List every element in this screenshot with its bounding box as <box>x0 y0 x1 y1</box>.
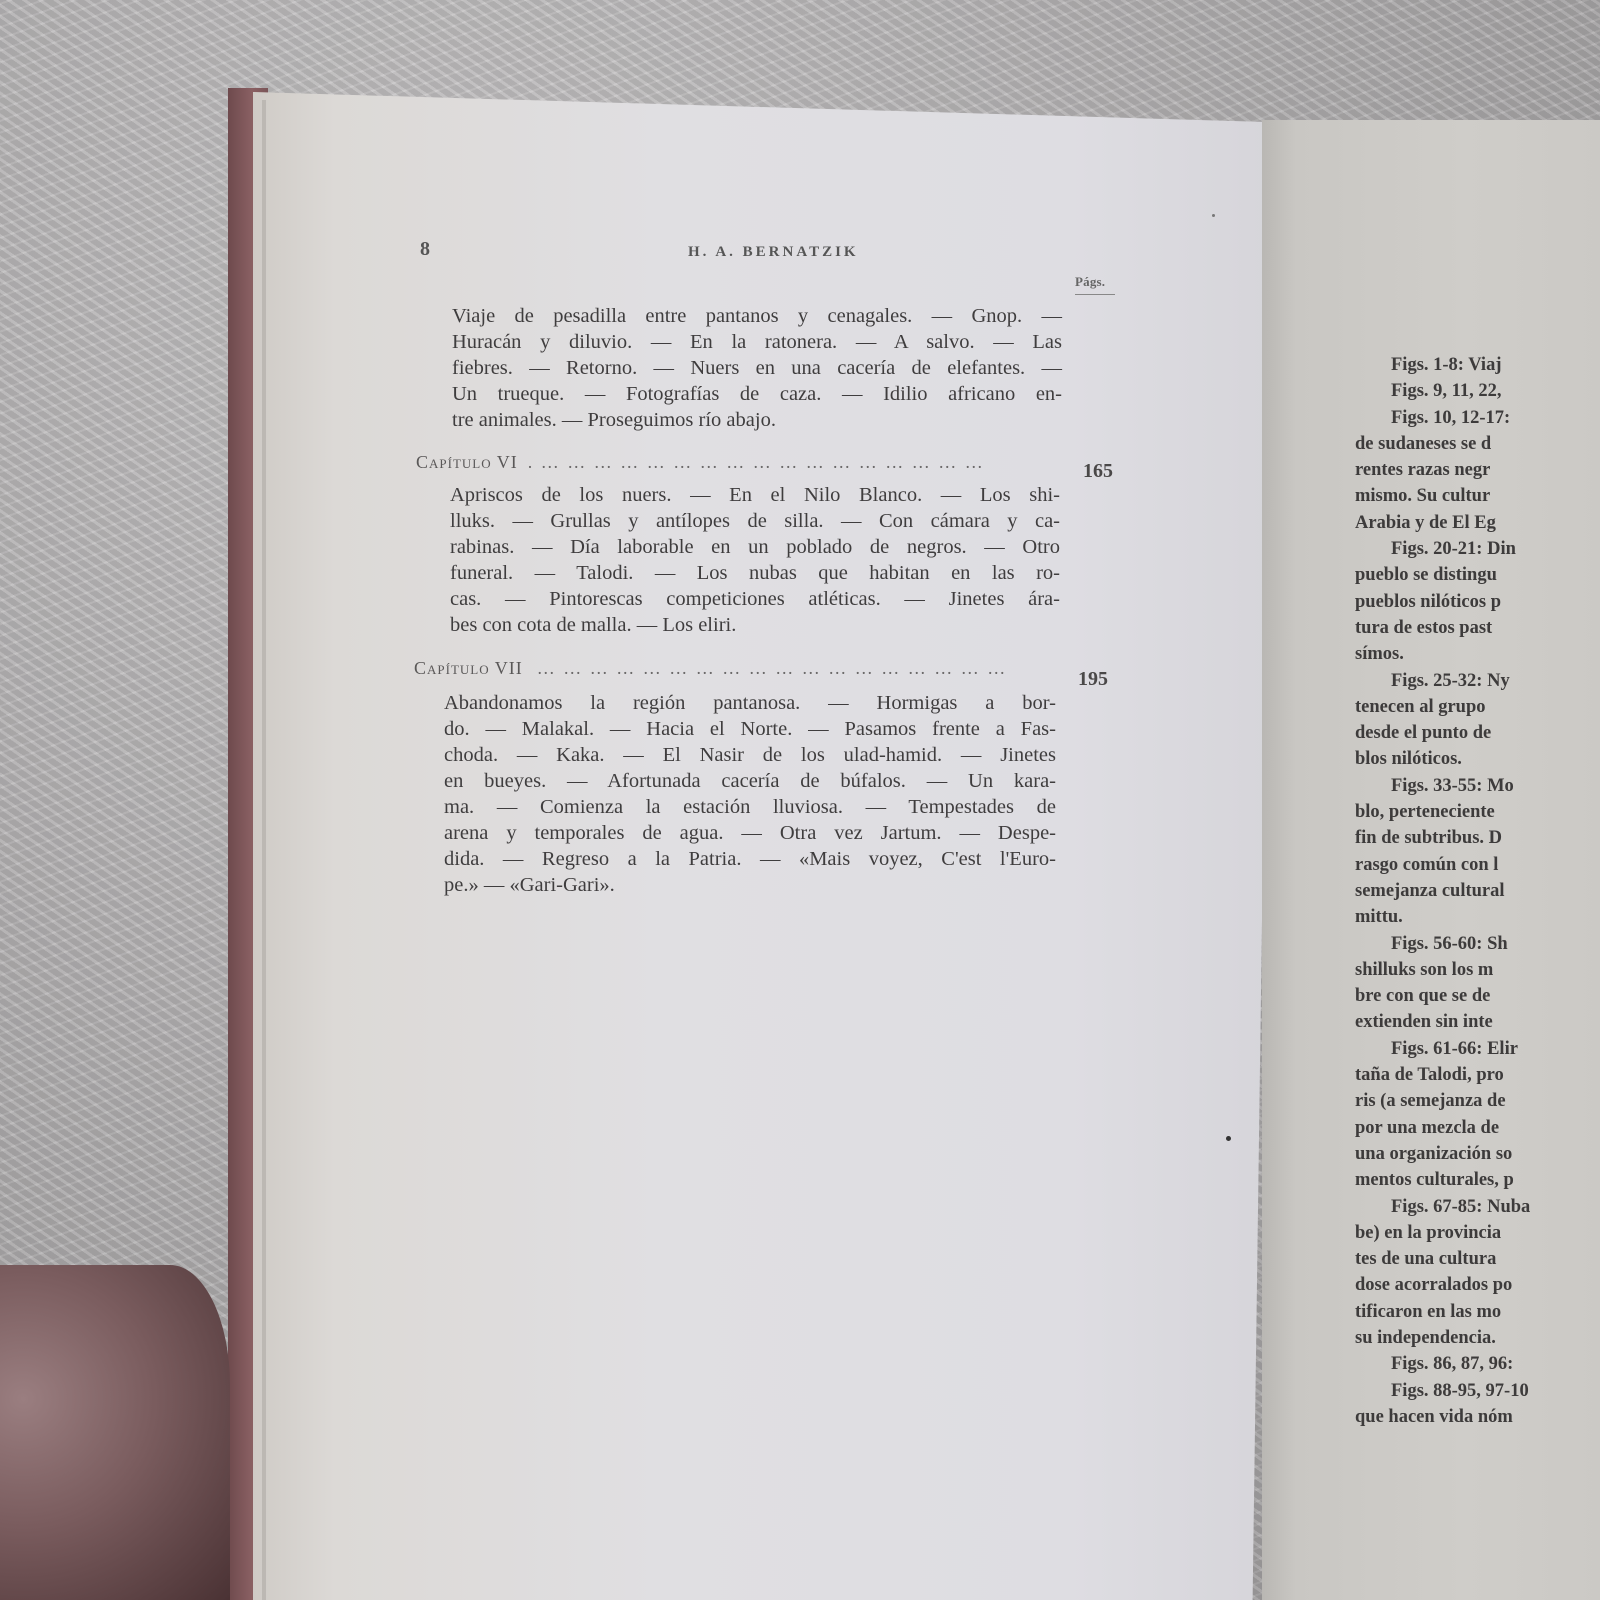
figure-caption-line: rasgo común con l <box>1355 852 1600 878</box>
figure-caption-line: por una mezcla de <box>1355 1115 1600 1141</box>
summary-line: Un trueque. — Fotografías de caza. — Idi… <box>452 381 1062 407</box>
figure-caption-line: Figs. 9, 11, 22, <box>1355 378 1600 404</box>
leader-dots: . … … … … … … … … … … … … … … … … … <box>528 452 985 473</box>
figure-caption-line: Figs. 67-85: Nuba <box>1355 1194 1600 1220</box>
figure-caption-line: su independencia. <box>1355 1325 1600 1351</box>
figure-caption-line: una organización so <box>1355 1141 1600 1167</box>
running-header: H. A. BERNATZIK <box>688 244 859 261</box>
figure-caption-line: Figs. 61-66: Elir <box>1355 1036 1600 1062</box>
figure-caption-line: Figs. 10, 12-17: <box>1355 405 1600 431</box>
summary-line: choda. — Kaka. — El Nasir de los ulad-ha… <box>444 742 1056 768</box>
figure-caption-line: Figs. 20-21: Din <box>1355 536 1600 562</box>
summary-line: tre animales. — Proseguimos río abajo. <box>452 407 1062 433</box>
page-stack-edge <box>262 100 266 1600</box>
figure-caption-line: fin de subtribus. D <box>1355 825 1600 851</box>
figure-caption-line: de sudaneses se d <box>1355 431 1600 457</box>
figure-caption-line: que hacen vida nóm <box>1355 1404 1600 1430</box>
figure-caption-line: Figs. 56-60: Sh <box>1355 931 1600 957</box>
figure-caption-line: tenecen al grupo <box>1355 694 1600 720</box>
summary-line: bes con cota de malla. — Los eliri. <box>450 612 1060 638</box>
figure-caption-line: mismo. Su cultur <box>1355 483 1600 509</box>
summary-line: arena y temporales de agua. — Otra vez J… <box>444 820 1056 846</box>
summary-line: Apriscos de los nuers. — En el Nilo Blan… <box>450 482 1060 508</box>
figure-caption-line: Figs. 33-55: Mo <box>1355 773 1600 799</box>
summary-line: dida. — Regreso a la Patria. — «Mais voy… <box>444 846 1056 872</box>
chapter-label: Capítulo VI <box>416 452 518 473</box>
summary-line: Viaje de pesadilla entre pantanos y cena… <box>452 303 1062 329</box>
summary-line: do. — Malakal. — Hacia el Norte. — Pasam… <box>444 716 1056 742</box>
figure-caption-line: pueblos nilóticos p <box>1355 589 1600 615</box>
figure-caption-line: tes de una cultura <box>1355 1246 1600 1272</box>
figure-caption-line: shilluks son los m <box>1355 957 1600 983</box>
figure-caption-line: blo, perteneciente <box>1355 799 1600 825</box>
figure-caption-line: dose acorralados po <box>1355 1272 1600 1298</box>
paper-speck <box>1226 1136 1231 1141</box>
summary-line: Abandonamos la región pantanosa. — Hormi… <box>444 690 1056 716</box>
figure-caption-line: tura de estos past <box>1355 615 1600 641</box>
figure-caption-line: Arabia y de El Eg <box>1355 510 1600 536</box>
figure-caption-line: ris (a semejanza de <box>1355 1088 1600 1114</box>
summary-line: cas. — Pintorescas competiciones atlétic… <box>450 586 1060 612</box>
chapter-page-number: 165 <box>1083 460 1113 483</box>
toc-entry-chapter-vi: Capítulo VI . … … … … … … … … … … … … … … <box>416 452 1064 473</box>
figure-caption-line: Figs. 25-32: Ny <box>1355 668 1600 694</box>
paper-speck <box>1212 214 1215 217</box>
summary-line: Huracán y diluvio. — En la ratonera. — A… <box>452 329 1062 355</box>
figure-caption-line: be) en la provincia <box>1355 1220 1600 1246</box>
summary-line: ma. — Comienza la estación lluviosa. — T… <box>444 794 1056 820</box>
figure-caption-line: bre con que se de <box>1355 983 1600 1009</box>
figure-caption-line: semejanza cultural <box>1355 878 1600 904</box>
chapter-page-number: 195 <box>1078 668 1108 691</box>
chapter-vii-summary: Abandonamos la región pantanosa. — Hormi… <box>444 690 1056 898</box>
figure-caption-line: mentos culturales, p <box>1355 1167 1600 1193</box>
figure-caption-line: rentes razas negr <box>1355 457 1600 483</box>
page-number: 8 <box>420 238 430 261</box>
summary-line: fiebres. — Retorno. — Nuers en una cacer… <box>452 355 1062 381</box>
summary-line: rabinas. — Día laborable en un poblado d… <box>450 534 1060 560</box>
summary-line: pe.» — «Gari-Gari». <box>444 872 1056 898</box>
chapter-label: Capítulo VII <box>414 658 523 679</box>
pags-column-label: Págs. <box>1075 274 1115 295</box>
figure-caption-line: desde el punto de <box>1355 720 1600 746</box>
figure-caption-line: tificaron en las mo <box>1355 1299 1600 1325</box>
figure-caption-line: mittu. <box>1355 904 1600 930</box>
toc-entry-chapter-vii: Capítulo VII … … … … … … … … … … … … … …… <box>414 658 1058 679</box>
figure-caption-line: Figs. 86, 87, 96: <box>1355 1351 1600 1377</box>
summary-line: lluks. — Grullas y antílopes de silla. —… <box>450 508 1060 534</box>
figure-caption-line: blos nilóticos. <box>1355 746 1600 772</box>
right-page-figure-list: Figs. 1-8: ViajFigs. 9, 11, 22,Figs. 10,… <box>1355 352 1600 1430</box>
summary-line: en bueyes. — Afortunada cacería de búfal… <box>444 768 1056 794</box>
figure-caption-line: taña de Talodi, pro <box>1355 1062 1600 1088</box>
thumb <box>0 1265 230 1600</box>
summary-line: funeral. — Talodi. — Los nubas que habit… <box>450 560 1060 586</box>
figure-caption-line: extienden sin inte <box>1355 1009 1600 1035</box>
figure-caption-line: Figs. 88-95, 97-10 <box>1355 1378 1600 1404</box>
chapter-v-summary: Viaje de pesadilla entre pantanos y cena… <box>452 303 1062 433</box>
chapter-vi-summary: Apriscos de los nuers. — En el Nilo Blan… <box>450 482 1060 638</box>
figure-caption-line: símos. <box>1355 641 1600 667</box>
figure-caption-line: Figs. 1-8: Viaj <box>1355 352 1600 378</box>
leader-dots: … … … … … … … … … … … … … … … … … … <box>537 658 1008 679</box>
figure-caption-line: pueblo se distingu <box>1355 562 1600 588</box>
